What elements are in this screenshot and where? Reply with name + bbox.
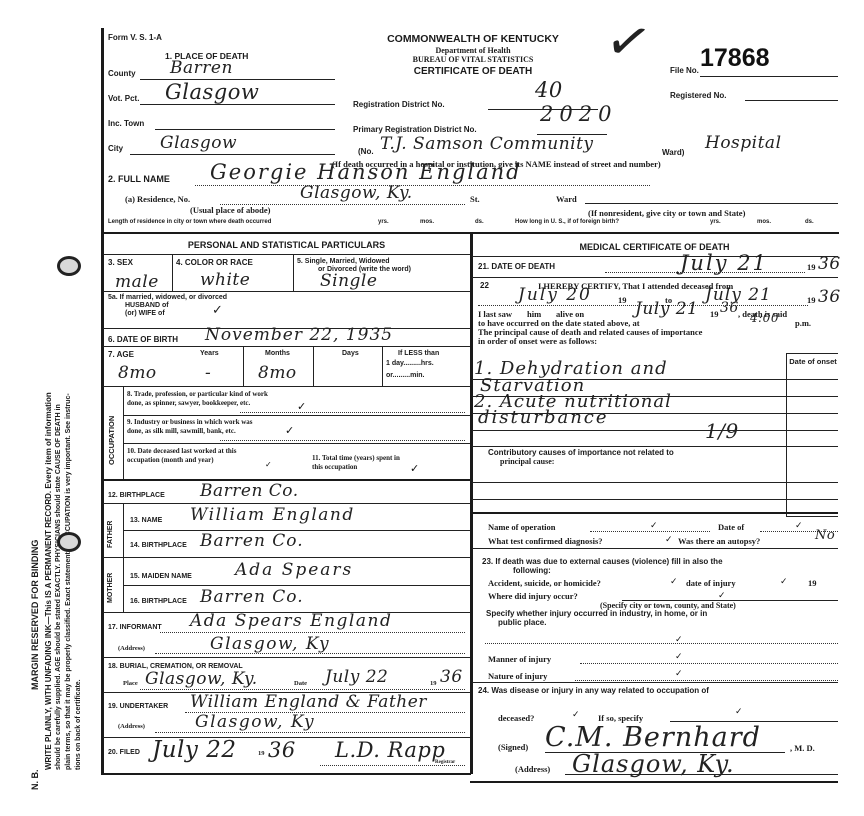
date-of-injury-check-mark: ✓ — [780, 576, 788, 587]
where-injury-check-mark: ✓ — [718, 590, 726, 601]
last-saw-date: July 21 — [635, 299, 698, 319]
undertaker-address-value: Glasgow, Ky — [195, 712, 315, 732]
physician-signature: C.M. Bernhard — [545, 722, 761, 753]
undertaker-value: William England & Father — [190, 692, 427, 712]
deceased-related-check-mark: ✓ — [572, 709, 580, 720]
vot-pct-value: Glasgow — [165, 80, 259, 104]
institution-name: T.J. Samson Community — [380, 134, 594, 154]
date-of-injury-label: date of injury — [686, 578, 736, 588]
burial-date-value: July 22 — [325, 667, 388, 687]
occupation-side-label: OCCUPATION — [107, 416, 116, 465]
race-value: white — [200, 270, 250, 290]
total-time-label: 11. Total time (years) spent in this occ… — [312, 454, 402, 472]
department: Department of Health — [348, 46, 598, 55]
state-title: COMMONWEALTH OF KENTUCKY — [348, 33, 598, 45]
undertaker-address-label: (Address) — [118, 723, 145, 730]
margin-instruction-2: should be carefully supplied. AGE should… — [55, 404, 62, 770]
informant-label: 17. INFORMANT — [108, 624, 162, 631]
date-of-onset-label: Date of onset — [788, 357, 838, 366]
race-label: 4. COLOR OR RACE — [176, 258, 253, 267]
mother-birthplace-label: 16. BIRTHPLACE — [130, 598, 187, 605]
filed-label: 20. FILED — [108, 749, 140, 756]
occupation-related-label: 24. Was disease or injury in any way rel… — [478, 686, 709, 695]
burial-place-value: Glasgow, Ky. — [145, 669, 258, 689]
operation-check-mark: ✓ — [650, 520, 658, 531]
vot-pct-label: Vot. Pct. — [108, 94, 139, 103]
specify-industry-1: Specify whether injury occurred in indus… — [486, 609, 707, 618]
manner-label: Manner of injury — [488, 654, 551, 664]
medical-section-title: MEDICAL CERTIFICATE OF DEATH — [472, 242, 837, 252]
marital-label-1: 5. Single, Married, Widowed — [297, 258, 390, 265]
file-no-value: 17868 — [700, 44, 770, 73]
cause-intro-2: in order of onset were as follows: — [478, 336, 597, 346]
certify-number: 22 — [480, 281, 489, 290]
accident-label: Accident, suicide, or homicide? — [488, 578, 601, 588]
dob-label: 6. DATE OF BIRTH — [108, 335, 178, 344]
time-of-death: 4:00 — [750, 311, 779, 325]
autopsy-label: Was there an autopsy? — [678, 536, 760, 546]
abode-note: (Usual place of abode) — [190, 205, 271, 215]
birthplace-label: 12. BIRTHPLACE — [108, 492, 165, 499]
contributory-label-2: principal cause: — [500, 457, 554, 466]
informant-address-label: (Address) — [118, 645, 145, 652]
center-divider — [470, 232, 473, 774]
years-label: Years — [200, 350, 219, 357]
margin-nb: N. B. — [30, 769, 40, 790]
test-label: What test confirmed diagnosis? — [488, 536, 603, 546]
informant-address-value: Glasgow, Ky — [210, 634, 330, 654]
length-residence-label: Length of residence in city or town wher… — [108, 219, 271, 225]
autopsy-value: No — [815, 528, 835, 543]
external-label-1: 23. If death was due to external causes … — [482, 557, 723, 566]
city-label: City — [108, 144, 123, 153]
last-worked-label: 10. Date deceased last worked at this oc… — [127, 447, 267, 465]
form-left-border — [101, 28, 104, 773]
father-birthplace-label: 14. BIRTHPLACE — [130, 542, 187, 549]
test-check-mark: ✓ — [665, 534, 673, 545]
filed-date-value: July 22 — [152, 737, 236, 763]
bureau: BUREAU OF VITAL STATISTICS — [348, 55, 598, 64]
total-time-check-mark: ✓ — [410, 462, 419, 475]
physician-address-label: (Address) — [515, 764, 550, 774]
burial-date-label: Date — [294, 680, 307, 687]
trade-label: 8. Trade, profession, or particular kind… — [127, 390, 272, 408]
burial-year-value: 36 — [440, 667, 463, 687]
nature-label: Nature of injury — [488, 671, 547, 681]
manner-check-mark: ✓ — [675, 651, 683, 662]
contributory-label-1: Contributory causes of importance not re… — [488, 448, 674, 457]
spouse-label-2: HUSBAND of — [125, 302, 169, 309]
reg-district-label: Registration District No. — [353, 100, 445, 109]
age-years-value: 8mo — [118, 363, 157, 383]
burial-place-label: Place — [123, 680, 138, 687]
dob-value: November 22, 1935 — [205, 325, 393, 345]
or-min-label: or.........min. — [386, 372, 425, 379]
residence-value: Glasgow, Ky. — [300, 183, 413, 203]
day-hrs-label: 1 day.........hrs. — [386, 360, 434, 367]
street-label: St. — [470, 194, 480, 204]
form-id: Form V. S. 1-A — [108, 33, 162, 42]
date-of-label: Date of — [718, 522, 744, 532]
industry-place-check-mark: ✓ — [675, 634, 683, 645]
county-value: Barren — [170, 58, 233, 78]
file-no-label: File No. — [670, 66, 699, 75]
mother-maiden-value: Ada Spears — [235, 560, 353, 580]
reg-district-value: 40 — [535, 78, 563, 102]
nonresident-note: (If nonresident, give city or town and S… — [588, 208, 745, 218]
institution-no-label: (No. — [358, 147, 374, 156]
primary-reg-value: 2020 — [540, 102, 617, 126]
birthplace-value: Barren Co. — [200, 481, 299, 501]
ward-label-2: Ward — [556, 194, 577, 204]
mother-birthplace-value: Barren Co. — [200, 587, 304, 607]
certificate-title: CERTIFICATE OF DEATH — [348, 66, 598, 77]
industry-check-mark: ✓ — [285, 424, 294, 437]
days-label: Days — [342, 350, 359, 357]
specify-industry-2: public place. — [498, 618, 546, 627]
spouse-label-3: (or) WIFE of — [125, 310, 165, 317]
date-of-check-mark: ✓ — [795, 520, 803, 531]
primary-reg-label: Primary Registration District No. — [353, 125, 477, 134]
attended-to-year: 36 — [818, 287, 841, 307]
inc-town-label: Inc. Town — [108, 119, 144, 128]
operation-label: Name of operation — [488, 522, 556, 532]
registered-no-label: Registered No. — [670, 91, 726, 100]
date-of-death-year: 36 — [818, 254, 841, 274]
full-name-label: 2. FULL NAME — [108, 174, 170, 184]
mother-maiden-label: 15. MAIDEN NAME — [130, 573, 192, 580]
check-mark-icon: ✓ — [600, 6, 657, 77]
last-saw-year: 36 — [720, 300, 739, 316]
county-label: County — [108, 69, 136, 78]
nature-check-mark: ✓ — [675, 668, 683, 679]
city-value: Glasgow — [160, 133, 237, 153]
months-label: Months — [265, 350, 290, 357]
spouse-label-1: 5a. If married, widowed, or divorced — [108, 294, 227, 301]
margin-binding-note: MARGIN RESERVED FOR BINDING — [30, 540, 40, 690]
form-bottom-rule — [101, 773, 471, 775]
marital-value: Single — [320, 271, 377, 291]
informant-value: Ada Spears England — [190, 611, 392, 631]
father-name-label: 13. NAME — [130, 517, 162, 524]
signed-label: (Signed) — [498, 742, 528, 752]
margin-instruction-3: plain terms, so that it may be properly … — [65, 393, 72, 770]
filed-year-value: 36 — [268, 738, 296, 762]
full-name-value: Georgie Hanson England — [210, 160, 522, 184]
cause-line-4: disturbance — [478, 407, 609, 428]
last-worked-check-mark: ✓ — [265, 460, 272, 469]
undertaker-label: 19. UNDERTAKER — [108, 703, 168, 710]
age-years-dash: - — [205, 363, 211, 383]
residence-label: (a) Residence, No. — [125, 194, 190, 204]
age-label: 7. AGE — [108, 350, 134, 359]
attended-from-value: July 20 — [518, 285, 592, 305]
sex-label: 3. SEX — [108, 258, 133, 267]
father-name-value: William England — [190, 505, 355, 525]
father-birthplace-value: Barren Co. — [200, 531, 304, 551]
if-so-check-mark: ✓ — [735, 706, 743, 717]
where-injury-label: Where did injury occur? — [488, 591, 578, 601]
industry-label: 9. Industry or business in which work wa… — [127, 418, 267, 436]
father-side-label: FATHER — [107, 521, 114, 548]
ward-label: Ward) — [662, 148, 684, 157]
external-label-2: following: — [513, 566, 551, 575]
mother-side-label: MOTHER — [107, 573, 114, 603]
cause-note: 1/9 — [705, 419, 739, 443]
personal-section-title: PERSONAL AND STATISTICAL PARTICULARS — [103, 240, 470, 250]
binding-hole-bottom — [57, 532, 81, 552]
spouse-check-mark: ✓ — [212, 302, 223, 318]
margin-instruction-4: tions on back of certificate. — [75, 679, 82, 770]
accident-check-mark: ✓ — [670, 576, 678, 587]
less-than-label: If LESS than — [398, 350, 439, 357]
sex-value: male — [115, 272, 159, 292]
how-long-us-label: How long in U. S., if of foreign birth? — [515, 219, 619, 225]
time-suffix: p.m. — [795, 318, 811, 328]
deceased-related-label: deceased? — [498, 713, 534, 723]
date-of-death-label: 21. DATE OF DEATH — [478, 262, 555, 271]
age-months-value: 8mo — [258, 363, 297, 383]
institution-suffix: Hospital — [705, 133, 782, 153]
form-bottom-rule-right — [470, 781, 838, 783]
margin-instruction-1: WRITE PLAINLY, WITH UNFADING INK—This IS… — [44, 392, 53, 770]
md-label: , M. D. — [790, 743, 815, 753]
registrar-signature: L.D. Rapp — [335, 738, 445, 762]
binding-hole-top — [57, 256, 81, 276]
